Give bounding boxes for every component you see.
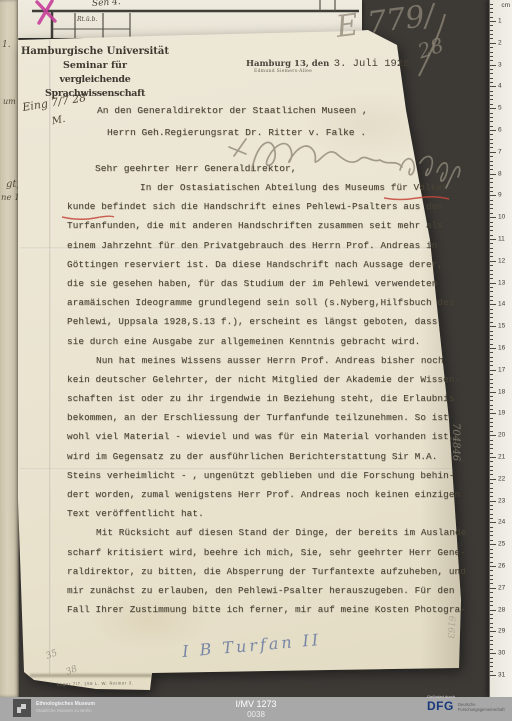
ruler-minor-tick bbox=[490, 531, 493, 532]
ruler-minor-tick bbox=[490, 104, 493, 105]
ruler-minor-tick bbox=[490, 256, 493, 257]
ruler-minor-tick bbox=[490, 662, 493, 663]
ruler-minor-tick bbox=[490, 139, 493, 140]
letter-body-line: die sie gesehen haben, für das Studium d… bbox=[67, 278, 466, 297]
ruler-major-tick bbox=[490, 43, 496, 44]
ruler-tick-label: 1 bbox=[498, 18, 502, 25]
ruler-minor-tick bbox=[490, 191, 493, 192]
vertical-crease bbox=[49, 38, 52, 674]
vertical-pencil-number-2: 6163 bbox=[445, 615, 456, 638]
ruler-major-tick bbox=[490, 457, 496, 458]
ruler-minor-tick bbox=[490, 182, 493, 183]
ruler-minor-tick bbox=[490, 78, 493, 79]
letter-body-line: Nun hat meines Wissens ausser Herrn Prof… bbox=[67, 355, 466, 374]
ruler-minor-tick bbox=[490, 200, 493, 201]
ruler-minor-tick bbox=[490, 8, 493, 9]
dfg-logo: DFG bbox=[427, 700, 454, 712]
ruler-major-tick bbox=[490, 108, 496, 109]
letter-body-line: wird im Gegensatz zu der ausführlichen B… bbox=[67, 451, 466, 470]
ruler-minor-tick bbox=[490, 518, 493, 519]
dateline-typed-date: 3. Juli 1928 bbox=[334, 58, 410, 70]
letter-body-line: raldirektor, zu bitten, die Absperrung d… bbox=[67, 566, 466, 585]
dateline-printed: Hamburg 13, den bbox=[246, 59, 329, 69]
ruler-minor-tick bbox=[490, 444, 493, 445]
ruler-major-tick bbox=[490, 348, 496, 349]
ruler-minor-tick bbox=[490, 557, 493, 558]
ruler-tick-label: 20 bbox=[498, 432, 505, 439]
letter-body-line: wohl viel Material - wieviel und was für… bbox=[67, 431, 466, 450]
ruler-minor-tick bbox=[490, 121, 493, 122]
letter-body-line: scharf kritisiert wird, beehre ich mich,… bbox=[67, 547, 466, 566]
letter-body-line: Pehlewi, Uppsala 1928,S.13 f.), erschein… bbox=[67, 316, 466, 335]
ruler-minor-tick bbox=[490, 208, 493, 209]
ruler-tick-label: 14 bbox=[498, 301, 505, 308]
letter-body-line: Steins verheimlicht - , ungenützt geblie… bbox=[67, 470, 466, 489]
ruler-major-tick bbox=[490, 130, 496, 131]
ruler-minor-tick bbox=[490, 649, 493, 650]
ruler-major-tick bbox=[490, 152, 496, 153]
ruler-minor-tick bbox=[490, 313, 493, 314]
ruler-tick-label: 19 bbox=[498, 410, 505, 417]
ruler-minor-tick bbox=[490, 204, 493, 205]
letter-body-line: bekommen, an der Erschliessung der Turfa… bbox=[67, 412, 466, 431]
ruler-major-tick bbox=[490, 86, 496, 87]
ruler-minor-tick bbox=[490, 636, 493, 637]
ruler-minor-tick bbox=[490, 4, 493, 5]
ruler-minor-tick bbox=[490, 91, 493, 92]
measurement-ruler: cm 1234567891011121314151617181920212223… bbox=[489, 0, 512, 697]
ruler-major-tick bbox=[490, 631, 496, 632]
ruler-minor-tick bbox=[490, 165, 493, 166]
ruler-tick-label: 29 bbox=[498, 628, 505, 635]
ruler-major-tick bbox=[490, 283, 496, 284]
ruler-minor-tick bbox=[490, 161, 493, 162]
ruler-minor-tick bbox=[490, 344, 493, 345]
ruler-minor-tick bbox=[490, 579, 493, 580]
ruler-minor-tick bbox=[490, 396, 493, 397]
ruler-major-tick bbox=[490, 21, 496, 22]
ruler-tick-label: 22 bbox=[498, 475, 505, 482]
letter-body-line: einem Jahrzehnt für den Privatgebrauch d… bbox=[67, 240, 466, 259]
ruler-minor-tick bbox=[490, 383, 493, 384]
ruler-minor-tick bbox=[490, 671, 493, 672]
ruler-minor-tick bbox=[490, 331, 493, 332]
ruler-minor-tick bbox=[490, 322, 493, 323]
ruler-minor-tick bbox=[490, 400, 493, 401]
ruler-minor-tick bbox=[490, 30, 493, 31]
ruler-minor-tick bbox=[490, 222, 493, 223]
letterhead-line2: Seminar für bbox=[20, 59, 170, 73]
ruler-minor-tick bbox=[490, 156, 493, 157]
letter-body: In der Ostasiatischen Abteilung des Muse… bbox=[67, 182, 466, 623]
ruler-minor-tick bbox=[490, 623, 493, 624]
ruler-minor-tick bbox=[490, 605, 493, 606]
ruler-tick-label: 13 bbox=[498, 279, 505, 286]
ruler-minor-tick bbox=[490, 496, 493, 497]
ruler-minor-tick bbox=[490, 488, 493, 489]
ruler-minor-tick bbox=[490, 213, 493, 214]
ruler-minor-tick bbox=[490, 505, 493, 506]
ruler-tick-label: 8 bbox=[498, 170, 502, 177]
ruler-minor-tick bbox=[490, 113, 493, 114]
ruler-minor-tick bbox=[490, 474, 493, 475]
ruler-minor-tick bbox=[490, 38, 493, 39]
recipient-line: Herrn Geh.Regierungsrat Dr. Ritter v. Fa… bbox=[97, 127, 368, 149]
ruler-minor-tick bbox=[490, 440, 493, 441]
recipient-block: An den Generaldirektor der Staatlichen M… bbox=[97, 105, 368, 148]
ruler-major-tick bbox=[490, 610, 496, 611]
ruler-minor-tick bbox=[490, 453, 493, 454]
letter-body-line: Fall Ihrer Zustimmung bitte ich ferner, … bbox=[67, 604, 466, 623]
ruler-minor-tick bbox=[490, 509, 493, 510]
ruler-minor-tick bbox=[490, 461, 493, 462]
ruler-major-tick bbox=[490, 479, 496, 480]
ruler-tick-label: 9 bbox=[498, 192, 502, 199]
ruler-tick-label: 25 bbox=[498, 541, 505, 548]
letter-body-line: Turfanfunden, die mit anderen Handschrif… bbox=[67, 220, 466, 239]
archive-scan-viewer: 1.umgt,ne 1 Rt.ü.b. Sen 4. Hamburgische … bbox=[0, 0, 512, 721]
ruler-minor-tick bbox=[490, 82, 493, 83]
ruler-minor-tick bbox=[490, 448, 493, 449]
ruler-major-tick bbox=[490, 195, 496, 196]
ruler-tick-label: 15 bbox=[498, 323, 505, 330]
ruler-minor-tick bbox=[490, 265, 493, 266]
ruler-tick-label: 26 bbox=[498, 563, 505, 570]
ruler-minor-tick bbox=[490, 300, 493, 301]
ruler-minor-tick bbox=[490, 34, 493, 35]
ruler-tick-label: 11 bbox=[498, 236, 505, 243]
ruler-minor-tick bbox=[490, 69, 493, 70]
ruler-major-tick bbox=[490, 653, 496, 654]
bottom-fold-shadow bbox=[30, 674, 152, 677]
ruler-minor-tick bbox=[490, 169, 493, 170]
ruler-minor-tick bbox=[490, 379, 493, 380]
ruler-minor-tick bbox=[490, 540, 493, 541]
ruler-tick-label: 3 bbox=[498, 61, 502, 68]
letter-body-line: sie durch eine Ausgabe zur allgemeinen K… bbox=[67, 336, 466, 355]
letter-body-line: mir zunächst zu erlauben, den Pehlewi-Ps… bbox=[67, 585, 466, 604]
viewer-footer-bar: Ethnologisches Museum Staatliche Museen … bbox=[0, 697, 512, 721]
ruler-minor-tick bbox=[490, 583, 493, 584]
letter-body-line: kein deutscher Gelehrter, der nicht Mitg… bbox=[67, 374, 466, 393]
ruler-minor-tick bbox=[490, 627, 493, 628]
letterhead-line1: Hamburgische Universität bbox=[20, 45, 170, 59]
ruler-minor-tick bbox=[490, 553, 493, 554]
ruler-major-tick bbox=[490, 522, 496, 523]
ruler-minor-tick bbox=[490, 374, 493, 375]
ruler-tick-label: 24 bbox=[498, 519, 505, 526]
ruler-minor-tick bbox=[490, 418, 493, 419]
ruler-minor-tick bbox=[490, 278, 493, 279]
ruler-major-tick bbox=[490, 217, 496, 218]
ruler-major-tick bbox=[490, 392, 496, 393]
letter-body-line: dert worden, zumal wenigstens Herr Prof.… bbox=[67, 489, 466, 508]
ruler-minor-tick bbox=[490, 527, 493, 528]
ruler-minor-tick bbox=[490, 570, 493, 571]
ruler-minor-tick bbox=[490, 309, 493, 310]
ruler-minor-tick bbox=[490, 56, 493, 57]
ruler-tick-label: 16 bbox=[498, 345, 505, 352]
letterhead: Hamburgische Universität Seminar für ver… bbox=[20, 45, 170, 101]
ruler-minor-tick bbox=[490, 230, 493, 231]
ruler-minor-tick bbox=[490, 335, 493, 336]
ruler-minor-tick bbox=[490, 549, 493, 550]
ruler-minor-tick bbox=[490, 409, 493, 410]
ruler-minor-tick bbox=[490, 431, 493, 432]
ruler-minor-tick bbox=[490, 73, 493, 74]
ruler-minor-tick bbox=[490, 248, 493, 249]
ruler-minor-tick bbox=[490, 235, 493, 236]
ruler-major-tick bbox=[490, 544, 496, 545]
ruler-minor-tick bbox=[490, 405, 493, 406]
ruler-minor-tick bbox=[490, 291, 493, 292]
ruler-minor-tick bbox=[490, 387, 493, 388]
ruler-minor-tick bbox=[490, 466, 493, 467]
ruler-tick-label: 28 bbox=[498, 606, 505, 613]
ruler-minor-tick bbox=[490, 535, 493, 536]
ruler-minor-tick bbox=[490, 296, 493, 297]
ruler-tick-label: 30 bbox=[498, 650, 505, 657]
ruler-minor-tick bbox=[490, 287, 493, 288]
letter-body-line: In der Ostasiatischen Abteilung des Muse… bbox=[67, 182, 466, 201]
ruler-minor-tick bbox=[490, 274, 493, 275]
ruler-major-tick bbox=[490, 304, 496, 305]
letter-body-line: Text veröffentlicht hat. bbox=[67, 508, 466, 527]
ruler-major-tick bbox=[490, 239, 496, 240]
ruler-minor-tick bbox=[490, 147, 493, 148]
ruler-minor-tick bbox=[490, 483, 493, 484]
ruler-tick-label: 21 bbox=[498, 454, 505, 461]
letter-body-line: Göttingen reserviert ist. Da diese Hands… bbox=[67, 259, 466, 278]
ruler-minor-tick bbox=[490, 514, 493, 515]
ruler-minor-tick bbox=[490, 47, 493, 48]
letterhead-address: Edmund Siemers-Allee bbox=[254, 69, 312, 74]
funder-branding: Gefördert durch DFG Deutsche Forschungsg… bbox=[427, 694, 505, 712]
ruler-minor-tick bbox=[490, 12, 493, 13]
ruler-minor-tick bbox=[490, 644, 493, 645]
ruler-minor-tick bbox=[490, 178, 493, 179]
ruler-minor-tick bbox=[490, 658, 493, 659]
ruler-minor-tick bbox=[490, 640, 493, 641]
recipient-line: An den Generaldirektor der Staatlichen M… bbox=[97, 105, 368, 127]
ruler-minor-tick bbox=[490, 470, 493, 471]
ruler-tick-label: 31 bbox=[498, 672, 505, 679]
letter-body-line: schaften ist oder zu ihr irgendwie in Be… bbox=[67, 393, 466, 412]
ruler-minor-tick bbox=[490, 592, 493, 593]
ruler-minor-tick bbox=[490, 666, 493, 667]
ruler-minor-tick bbox=[490, 187, 493, 188]
ruler-minor-tick bbox=[490, 252, 493, 253]
ruler-minor-tick bbox=[490, 117, 493, 118]
letter-body-line: aramäischen Ideogramme grundlegend sein … bbox=[67, 297, 466, 316]
ruler-tick-label: 7 bbox=[498, 148, 502, 155]
ruler-minor-tick bbox=[490, 614, 493, 615]
funder-name: Deutsche Forschungsgemeinschaft bbox=[458, 700, 505, 712]
ruler-minor-tick bbox=[490, 25, 493, 26]
ruler-unit-label: cm bbox=[501, 2, 510, 9]
ruler-tick-label: 6 bbox=[498, 127, 502, 134]
vertical-pencil-number: 704846 bbox=[450, 423, 461, 461]
ruler-minor-tick bbox=[490, 618, 493, 619]
ruler-major-tick bbox=[490, 566, 496, 567]
ruler-minor-tick bbox=[490, 339, 493, 340]
ruler-tick-label: 17 bbox=[498, 366, 505, 373]
ruler-minor-tick bbox=[490, 60, 493, 61]
letter-body-line: Mit Rücksicht auf diesen Stand der Dinge… bbox=[67, 527, 466, 546]
ruler-minor-tick bbox=[490, 492, 493, 493]
ruler-minor-tick bbox=[490, 365, 493, 366]
funder-name-line2: Forschungsgemeinschaft bbox=[458, 707, 505, 712]
ruler-minor-tick bbox=[490, 422, 493, 423]
ruler-minor-tick bbox=[490, 17, 493, 18]
ruler-minor-tick bbox=[490, 562, 493, 563]
ruler-minor-tick bbox=[490, 426, 493, 427]
ruler-major-tick bbox=[490, 588, 496, 589]
ruler-minor-tick bbox=[490, 99, 493, 100]
ruler-major-tick bbox=[490, 326, 496, 327]
ruler-minor-tick bbox=[490, 575, 493, 576]
ruler-major-tick bbox=[490, 501, 496, 502]
ruler-major-tick bbox=[490, 675, 496, 676]
salutation-line: Sehr geehrter Herr Generaldirektor, bbox=[95, 163, 297, 174]
ruler-tick-label: 27 bbox=[498, 584, 505, 591]
ruler-minor-tick bbox=[490, 361, 493, 362]
ruler-tick-label: 2 bbox=[498, 39, 502, 46]
ruler-minor-tick bbox=[490, 243, 493, 244]
ruler-minor-tick bbox=[490, 317, 493, 318]
ruler-tick-label: 5 bbox=[498, 105, 502, 112]
ruler-minor-tick bbox=[490, 601, 493, 602]
ruler-minor-tick bbox=[490, 270, 493, 271]
ruler-tick-label: 12 bbox=[498, 257, 505, 264]
letter-body-line: kunde befindet sich die Handschrift eine… bbox=[67, 201, 466, 220]
ruler-minor-tick bbox=[490, 597, 493, 598]
ruler-major-tick bbox=[490, 65, 496, 66]
ruler-minor-tick bbox=[490, 352, 493, 353]
ruler-tick-label: 23 bbox=[498, 497, 505, 504]
ruler-major-tick bbox=[490, 435, 496, 436]
ruler-minor-tick bbox=[490, 126, 493, 127]
ruler-minor-tick bbox=[490, 143, 493, 144]
ruler-minor-tick bbox=[490, 52, 493, 53]
ruler-major-tick bbox=[490, 174, 496, 175]
ruler-tick-label: 18 bbox=[498, 388, 505, 395]
ruler-major-tick bbox=[490, 370, 496, 371]
ruler-major-tick bbox=[490, 413, 496, 414]
ruler-major-tick bbox=[490, 261, 496, 262]
ruler-tick-label: 4 bbox=[498, 83, 502, 90]
ruler-minor-tick bbox=[490, 226, 493, 227]
ruler-minor-tick bbox=[490, 357, 493, 358]
ruler-tick-label: 10 bbox=[498, 214, 505, 221]
ruler-minor-tick bbox=[490, 95, 493, 96]
ruler-minor-tick bbox=[490, 134, 493, 135]
